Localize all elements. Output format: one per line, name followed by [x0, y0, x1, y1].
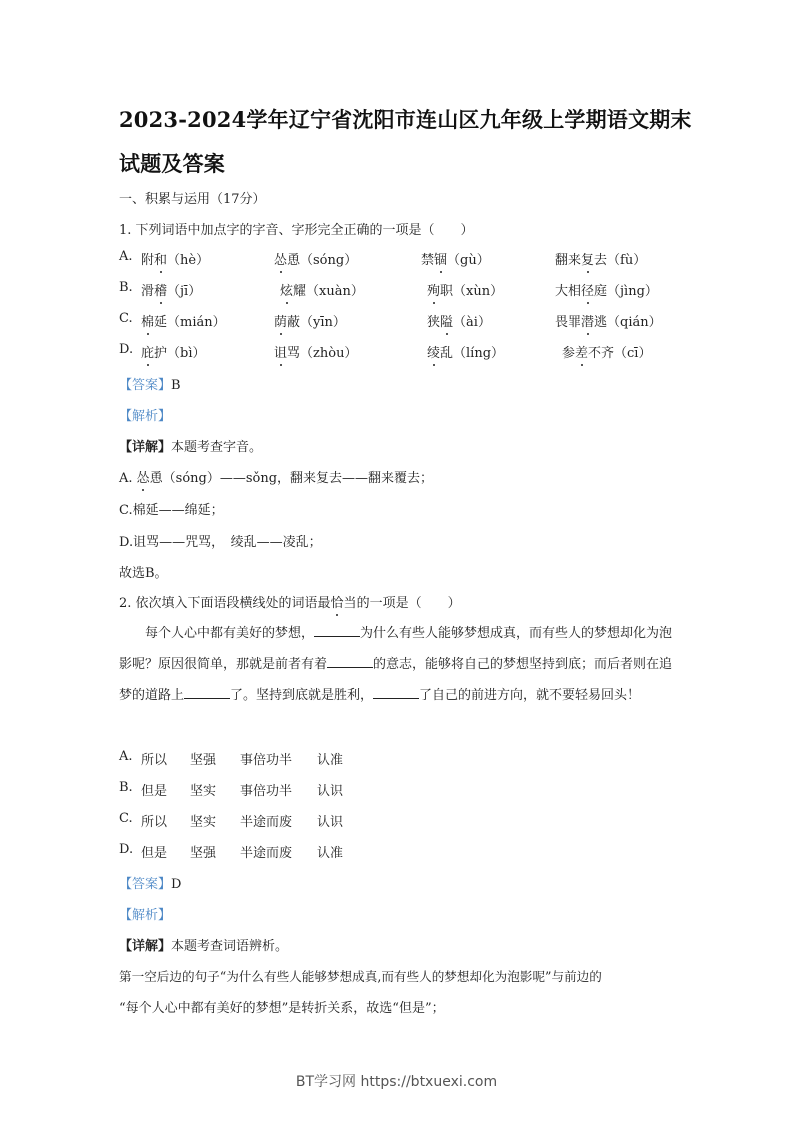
option-item: 庇护（bì）	[141, 342, 206, 361]
option-item: 诅骂（zhòu）	[274, 342, 357, 361]
document-page: 2023-2024学年辽宁省沈阳市连山区九年级上学期语文期末 试题及答案 一、积…	[0, 0, 793, 1122]
option-item: 殉职（xùn）	[427, 280, 503, 299]
blank-4	[373, 686, 419, 699]
q1-conclusion: 故选B。	[119, 562, 168, 581]
option-item: 禁锢（gù）	[421, 249, 490, 268]
answer-tag: 【答案】	[119, 877, 171, 892]
q1-explanation-c: C.棉延——绵延；	[119, 499, 224, 518]
document-title-line1: 2023-2024学年辽宁省沈阳市连山区九年级上学期语文期末	[119, 104, 689, 134]
q2-analysis-tag: 【解析】	[119, 904, 171, 923]
answer-value: B	[171, 378, 181, 393]
answer-tag: 【答案】	[119, 378, 171, 393]
option-item: 大相径庭（jìng）	[555, 280, 658, 299]
question-1-stem: 1. 下列词语中加点字的字音、字形完全正确的一项是（ ）	[119, 219, 474, 238]
blank-2	[327, 655, 373, 668]
detail-tag: 【详解】	[119, 440, 171, 455]
option-label: C.	[119, 311, 133, 326]
option-item: 翻来复去（fù）	[555, 249, 646, 268]
q1-answer: 【答案】B	[119, 374, 181, 393]
q2-answer: 【答案】D	[119, 873, 181, 892]
option-item: 绫乱（líng）	[427, 342, 504, 361]
q1-option-a: A. 附和（hè） 怂恿（sóng） 禁锢（gù） 翻来复去（fù）	[119, 249, 699, 269]
q1-option-b: B. 滑稽（jī） 炫耀（xuàn） 殉职（xùn） 大相径庭（jìng）	[119, 280, 699, 300]
option-item: 参差不齐（cī）	[562, 342, 651, 361]
q2-explanation-line2: “每个人心中都有美好的梦想”是转折关系，故选“但是”；	[119, 997, 445, 1016]
option-item: 炫耀（xuàn）	[280, 280, 364, 299]
q1-option-c: C. 棉延（mián） 荫蔽（yīn） 狭隘（ài） 畏罪潜逃（qián）	[119, 311, 699, 331]
detail-text: 本题考查字音。	[171, 440, 262, 455]
option-item: 畏罪潜逃（qián）	[555, 311, 662, 330]
q1-explanation-a: A. 怂恿（sóng）——sǒng，翻来复去——翻来覆去；	[119, 467, 433, 486]
option-item: 滑稽（jī）	[141, 280, 201, 299]
option-label: B.	[119, 280, 133, 295]
option-item: 棉延（mián）	[141, 311, 226, 330]
section-heading: 一、积累与运用（17分）	[119, 188, 266, 207]
blank-3	[184, 686, 230, 699]
q1-detail: 【详解】本题考查字音。	[119, 436, 262, 455]
q2-detail: 【详解】本题考查词语辨析。	[119, 935, 288, 954]
option-item: 附和（hè）	[141, 249, 209, 268]
document-title-line2: 试题及答案	[119, 148, 689, 178]
q1-analysis-tag: 【解析】	[119, 405, 171, 424]
question-2-stem: 2. 依次填入下面语段横线处的词语最恰当的一项是（ ）	[119, 592, 461, 611]
q2-explanation-line1: 第一空后边的句子“为什么有些人能够梦想成真,而有些人的梦想却化为泡影呢”与前边的	[119, 966, 602, 985]
q1-option-d: D. 庇护（bì） 诅骂（zhòu） 绫乱（líng） 参差不齐（cī）	[119, 342, 699, 362]
option-item: 荫蔽（yīn）	[274, 311, 346, 330]
detail-text: 本题考查词语辨析。	[171, 939, 288, 954]
option-label: A.	[119, 249, 133, 264]
option-item: 怂恿（sóng）	[274, 249, 357, 268]
blank-1	[314, 624, 360, 637]
option-label: D.	[119, 342, 133, 357]
q2-passage: 每个人心中都有美好的梦想，为什么有些人能够梦想成真，而有些人的梦想却化为泡影呢？…	[119, 618, 679, 711]
footer-watermark: BT学习网 https://btxuexi.com	[0, 1071, 793, 1091]
answer-value: D	[171, 877, 181, 892]
q1-explanation-d: D.诅骂——咒骂， 绫乱——凌乱；	[119, 531, 322, 550]
option-item: 狭隘（ài）	[427, 311, 491, 330]
detail-tag: 【详解】	[119, 939, 171, 954]
